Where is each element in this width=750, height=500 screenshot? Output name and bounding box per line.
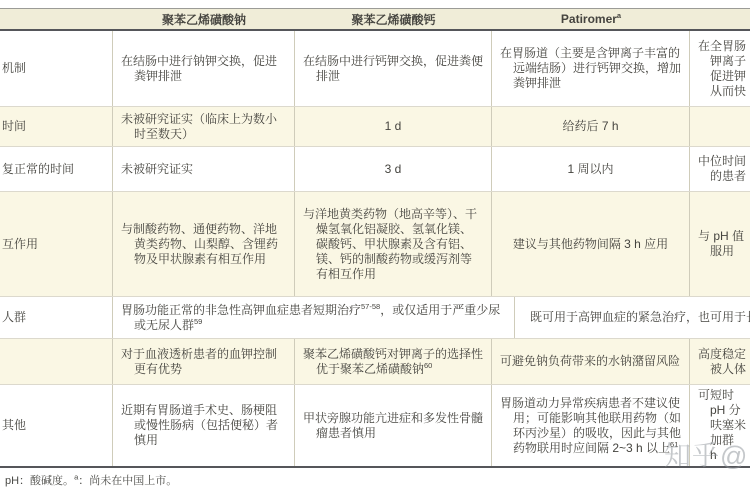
cell-onset-cutoff (690, 107, 750, 146)
table-row-normalize-time: 复正常的时间 未被研究证实 3 d 1 周以内 中位时间 的患者 (0, 146, 750, 191)
table-row-interactions: 互作用 与制酸药物、通便药物、洋地黄类药物、山梨醇、含锂药物及甲状腺素有相互作用… (0, 191, 750, 296)
row-label-onset-time: 时间 (0, 107, 113, 146)
row-label-interactions: 互作用 (0, 192, 113, 296)
table-row-other: 其他 近期有胃肠道手术史、肠梗阻或慢性肠病（包括便秘）者慎用 甲状旁腺功能亢进症… (0, 384, 750, 466)
cell-normalize-cutoff: 中位时间 的患者 (690, 147, 750, 191)
cell-interactions-sps-sodium: 与制酸药物、通便药物、洋地黄类药物、山梨醇、含锂药物及甲状腺素有相互作用 (113, 192, 295, 296)
table-footnote: pH：酸碱度。a：尚未在中国上市。 (0, 468, 750, 488)
table-row-mechanism: 机制 在结肠中进行钠钾交换，促进粪钾排泄 在结肠中进行钙钾交换，促进粪便排泄 在… (0, 31, 750, 106)
header-patiromer-label: Patiromer (561, 12, 617, 26)
cell-normalize-patiromer: 1 周以内 (492, 147, 690, 191)
cell-interactions-cutoff: 与 pH 值 服用 (690, 192, 750, 296)
cell-advantages-cutoff: 高度稳定 被人体 (690, 339, 750, 384)
cell-population-newagents-merged: 既可用于高钾血症的紧急治疗，也可用于长 (515, 297, 750, 338)
header-patiromer-footnote-marker: a (617, 11, 621, 20)
row-label-mechanism: 机制 (0, 31, 113, 106)
row-label-advantages (0, 339, 113, 384)
cell-other-sps-sodium: 近期有胃肠道手术史、肠梗阻或慢性肠病（包括便秘）者慎用 (113, 385, 295, 466)
cell-other-sps-calcium: 甲状旁腺功能亢进症和多发性骨髓瘤患者慎用 (295, 385, 492, 466)
row-label-normalize-time: 复正常的时间 (0, 147, 113, 191)
cell-mechanism-patiromer: 在胃肠道（主要是含钾离子丰富的远端结肠）进行钙钾交换，增加粪钾排泄 (492, 31, 690, 106)
cell-interactions-patiromer: 建议与其他药物间隔 3 h 应用 (492, 192, 690, 296)
cell-mechanism-cutoff: 在全胃肠 钾离子 促进钾 从而快 (690, 31, 750, 106)
cell-advantages-sps-calcium: 聚苯乙烯磺酸钙对钾离子的选择性优于聚苯乙烯磺酸钠60 (295, 339, 492, 384)
cell-onset-patiromer: 给药后 7 h (492, 107, 690, 146)
header-sps-sodium-label: 聚苯乙烯磺酸钠 (113, 11, 295, 28)
top-margin (0, 0, 750, 8)
table-row-population: 人群 胃肠功能正常的非急性高钾血症患者短期治疗57-58，或仅适用于严重少尿或无… (0, 296, 750, 338)
cell-other-patiromer: 胃肠道动力异常疾病患者不建议使用；可能影响其他联用药物（如环丙沙星）的吸收，因此… (492, 385, 690, 466)
ref-marker: 57-58 (361, 302, 380, 311)
table-header-row: 聚苯乙烯磺酸钠 聚苯乙烯磺酸钙 Patiromera (0, 9, 750, 31)
header-sps-calcium: 聚苯乙烯磺酸钙 (295, 11, 492, 28)
ref-marker: 60 (424, 361, 432, 370)
cell-advantages-sps-sodium: 对于血液透析患者的血钾控制更有优势 (113, 339, 295, 384)
cell-normalize-sps-sodium: 未被研究证实 (113, 147, 295, 191)
header-patiromer: Patiromera (492, 12, 690, 26)
cell-population-resins-merged: 胃肠功能正常的非急性高钾血症患者短期治疗57-58，或仅适用于严重少尿或无尿人群… (113, 297, 515, 338)
row-label-population: 人群 (0, 297, 113, 338)
cell-normalize-sps-calcium: 3 d (295, 147, 492, 191)
cell-mechanism-sps-sodium: 在结肠中进行钠钾交换，促进粪钾排泄 (113, 31, 295, 106)
ref-marker: 59 (194, 317, 202, 326)
cell-interactions-sps-calcium: 与洋地黄类药物（地高辛等）、干燥氢氧化铝凝胶、氢氧化镁、碳酸钙、甲状腺素及含有铝… (295, 192, 492, 296)
cell-mechanism-sps-calcium: 在结肠中进行钙钾交换，促进粪便排泄 (295, 31, 492, 106)
cell-onset-sps-calcium: 1 d (295, 107, 492, 146)
row-label-other: 其他 (0, 385, 113, 466)
header-sps-calcium-label: 聚苯乙烯磺酸钙 (295, 11, 492, 28)
comparison-table-page: 聚苯乙烯磺酸钠 聚苯乙烯磺酸钙 Patiromera 机制 在结肠中进行钠钾交换… (0, 0, 750, 500)
zhihu-watermark: 知乎@ (664, 441, 748, 471)
cell-onset-sps-sodium: 未被研究证实（临床上为数小时至数天） (113, 107, 295, 146)
header-sps-sodium: 聚苯乙烯磺酸钠 (113, 11, 295, 28)
cell-advantages-patiromer: 可避免钠负荷带来的水钠潴留风险 (492, 339, 690, 384)
table-row-onset-time: 时间 未被研究证实（临床上为数小时至数天） 1 d 给药后 7 h (0, 106, 750, 146)
table-row-advantages: 对于血液透析患者的血钾控制更有优势 聚苯乙烯磺酸钙对钾离子的选择性优于聚苯乙烯磺… (0, 338, 750, 384)
